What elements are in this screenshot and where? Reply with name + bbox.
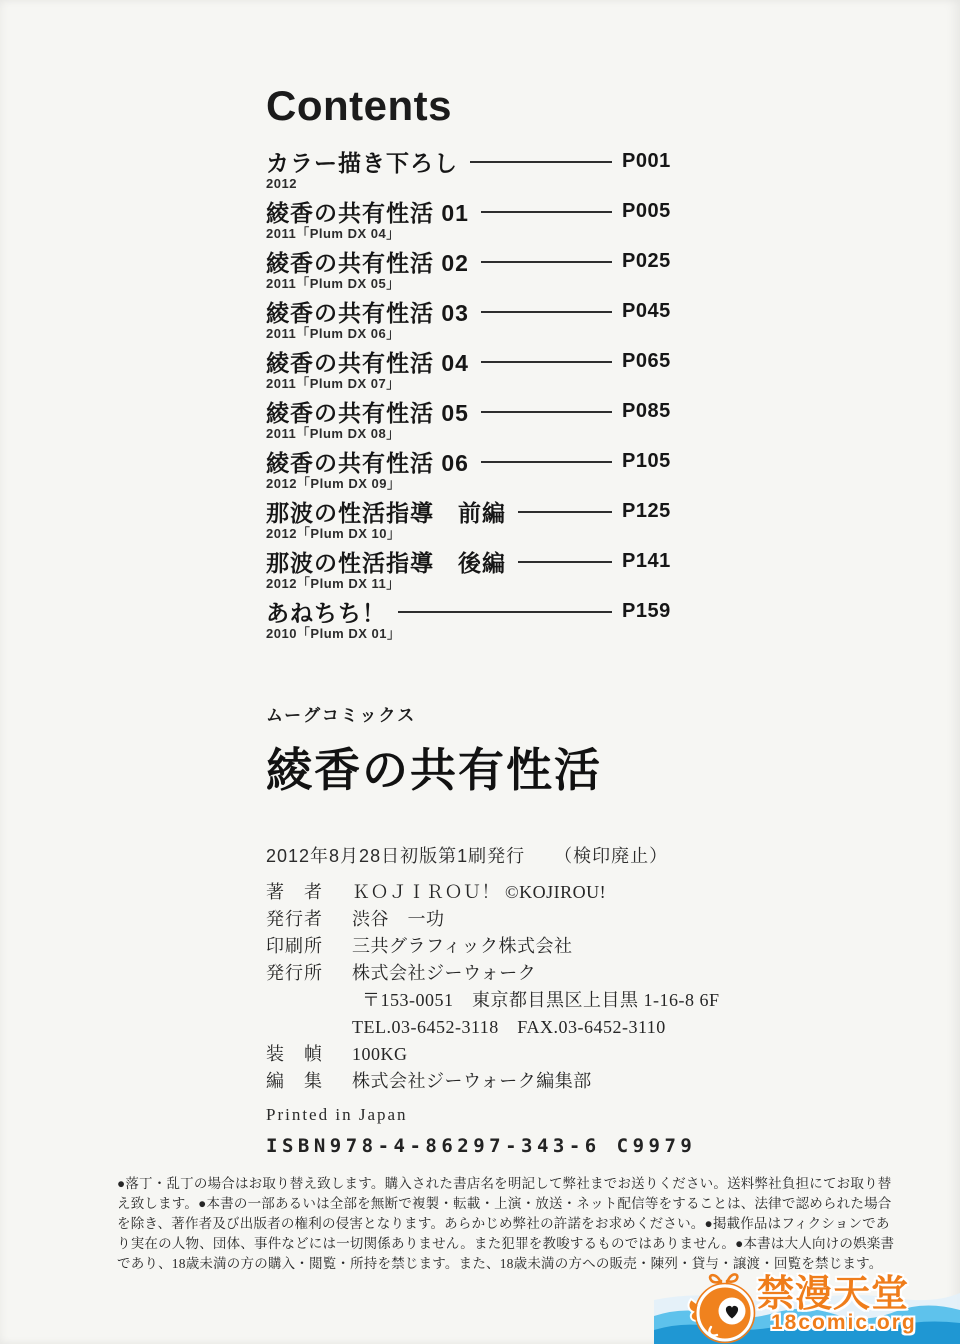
toc-entry: 那波の性活指導 前編 P125 2012「Plum DX 10」 — [266, 498, 670, 542]
toc-entry-title: 綾香の共有性活 05 — [266, 395, 469, 428]
toc-entry: 綾香の共有性活 03 P045 2011「Plum DX 06」 — [266, 298, 670, 342]
toc-page-number: P001 — [622, 150, 670, 173]
isbn-code: ISBN978-4-86297-343-6 C9979 — [266, 1135, 720, 1157]
disclaimer-line: を除き、著作者及び出版者の権利の侵害となります。あらかじめ弊社の許諾をお求めくだ… — [117, 1214, 857, 1234]
colophon-value: 株式会社ジーウォーク — [352, 960, 536, 987]
toc-entry-subtitle: 2011「Plum DX 07」 — [266, 376, 670, 392]
leader-line — [481, 261, 612, 263]
series-label: ムーグコミックス — [266, 701, 602, 726]
toc-entry: カラー描き下ろし P001 2012 — [266, 148, 670, 192]
toc-entry-title: 綾香の共有性活 01 — [266, 195, 469, 228]
toc-entry-title: あねちち！ — [266, 595, 386, 628]
toc-entry-subtitle: 2010「Plum DX 01」 — [266, 626, 670, 642]
disclaimer-line: ●落丁・乱丁の場合はお取り替え致します。購入された書店名を明記して弊社までお送り… — [117, 1174, 857, 1194]
colophon-value: 100KG — [352, 1041, 408, 1068]
toc-entry: あねちち！ P159 2010「Plum DX 01」 — [266, 598, 670, 642]
leader-line — [481, 411, 612, 413]
toc-entry-title: 那波の性活指導 後編 — [266, 545, 506, 578]
leader-line — [481, 361, 612, 363]
toc-entry-title: カラー描き下ろし — [266, 145, 458, 178]
toc-page-number: P159 — [622, 600, 670, 623]
printed-in-japan: Printed in Japan — [266, 1104, 720, 1125]
book-title: 綾香の共有性活 — [266, 734, 602, 800]
watermark-site-url: 18comic.org — [771, 1312, 917, 1334]
toc-entry-title: 綾香の共有性活 03 — [266, 295, 469, 328]
toc-entry-subtitle: 2011「Plum DX 08」 — [266, 426, 670, 442]
leader-line — [518, 561, 612, 563]
toc-entry: 綾香の共有性活 05 P085 2011「Plum DX 08」 — [266, 398, 670, 442]
toc-page-number: P025 — [622, 250, 670, 273]
colophon-label: 発行者 — [266, 906, 352, 933]
colophon-row-publisher-person: 発行者 渋谷 一功 — [266, 906, 720, 933]
toc-entry-subtitle: 2012「Plum DX 09」 — [266, 476, 670, 492]
toc-page-number: P005 — [622, 200, 670, 223]
legal-disclaimer: ●落丁・乱丁の場合はお取り替え致します。購入された書店名を明記して弊社までお送り… — [117, 1174, 857, 1274]
colophon-label: 編 集 — [266, 1068, 352, 1095]
leader-line — [481, 211, 612, 213]
toc-entry-title: 綾香の共有性活 02 — [266, 245, 469, 278]
leader-line — [470, 161, 612, 163]
colophon-row-printer: 印刷所 三共グラフィック株式会社 — [266, 933, 720, 960]
colophon-row-publishing-office: 発行所 株式会社ジーウォーク — [266, 960, 720, 987]
leader-line — [481, 311, 612, 313]
colophon-label: 発行所 — [266, 960, 352, 987]
toc-entry: 綾香の共有性活 06 P105 2012「Plum DX 09」 — [266, 448, 670, 492]
leader-line — [518, 511, 612, 513]
toc-page-number: P045 — [622, 300, 670, 323]
toc-entry: 那波の性活指導 後編 P141 2012「Plum DX 11」 — [266, 548, 670, 592]
whale-mascot-icon — [686, 1268, 764, 1344]
colophon-rows: 著 者 ＫＯＪＩＲＯＵ！ ©KOJIROU! 発行者 渋谷 一功 印刷所 三共グ… — [266, 879, 720, 1095]
table-of-contents: Contents カラー描き下ろし P001 2012 綾香の共有性活 01 P… — [266, 84, 670, 648]
toc-entry-subtitle: 2012「Plum DX 11」 — [266, 576, 670, 592]
colophon-row-editing: 編 集 株式会社ジーウォーク編集部 — [266, 1068, 720, 1095]
toc-entry-subtitle: 2011「Plum DX 04」 — [266, 226, 670, 242]
colophon: 2012年8月28日初版第1刷発行 （検印廃止） 著 者 ＫＯＪＩＲＯＵ！ ©K… — [266, 845, 720, 1157]
colophon-label: 装 幀 — [266, 1041, 352, 1068]
toc-entry-subtitle: 2011「Plum DX 05」 — [266, 276, 670, 292]
toc-entry: 綾香の共有性活 01 P005 2011「Plum DX 04」 — [266, 198, 670, 242]
leader-line — [481, 461, 612, 463]
toc-entry-subtitle: 2012「Plum DX 10」 — [266, 526, 670, 542]
edition-line: 2012年8月28日初版第1刷発行 （検印廃止） — [266, 845, 720, 867]
publisher-tel-fax: TEL.03-6452-3118 FAX.03-6452-3110 — [266, 1014, 720, 1041]
toc-page-number: P125 — [622, 500, 670, 523]
toc-entry-title: 綾香の共有性活 04 — [266, 345, 469, 378]
book-info: ムーグコミックス 綾香の共有性活 — [266, 701, 602, 800]
disclaimer-line: り実在の人物、団体、事件などには一切関係ありません。また犯罪を教唆するものではあ… — [117, 1234, 857, 1254]
colophon-value: 渋谷 一功 — [352, 906, 445, 933]
colophon-value: 株式会社ジーウォーク編集部 — [352, 1068, 592, 1095]
colophon-row-author: 著 者 ＫＯＪＩＲＯＵ！ ©KOJIROU! — [266, 879, 720, 906]
toc-entry-title: 綾香の共有性活 06 — [266, 445, 469, 478]
toc-page-number: P085 — [622, 400, 670, 423]
toc-entry: 綾香の共有性活 02 P025 2011「Plum DX 05」 — [266, 248, 670, 292]
leader-line — [398, 611, 612, 613]
colophon-label: 著 者 — [266, 879, 352, 906]
site-watermark: 禁漫天堂 18comic.org — [654, 1266, 960, 1344]
colophon-value: 三共グラフィック株式会社 — [352, 933, 573, 960]
toc-entry-title: 那波の性活指導 前編 — [266, 495, 506, 528]
disclaimer-line: え致します。●本書の一部あるいは全部を無断で複製・転載・上演・放送・ネット配信等… — [117, 1194, 857, 1214]
toc-page-number: P065 — [622, 350, 670, 373]
toc-entry: 綾香の共有性活 04 P065 2011「Plum DX 07」 — [266, 348, 670, 392]
watermark-site-name: 禁漫天堂 — [757, 1274, 909, 1314]
scanned-book-page: Contents カラー描き下ろし P001 2012 綾香の共有性活 01 P… — [0, 0, 960, 1344]
contents-heading: Contents — [266, 84, 670, 128]
toc-page-number: P141 — [622, 550, 670, 573]
toc-page-number: P105 — [622, 450, 670, 473]
publisher-address: 〒153-0051 東京都目黒区上目黒 1-16-8 6F — [266, 987, 720, 1014]
colophon-label: 印刷所 — [266, 933, 352, 960]
colophon-value: ＫＯＪＩＲＯＵ！ ©KOJIROU! — [352, 879, 606, 906]
colophon-row-binding: 装 幀 100KG — [266, 1041, 720, 1068]
toc-entry-subtitle: 2012 — [266, 176, 670, 192]
toc-entry-subtitle: 2011「Plum DX 06」 — [266, 326, 670, 342]
